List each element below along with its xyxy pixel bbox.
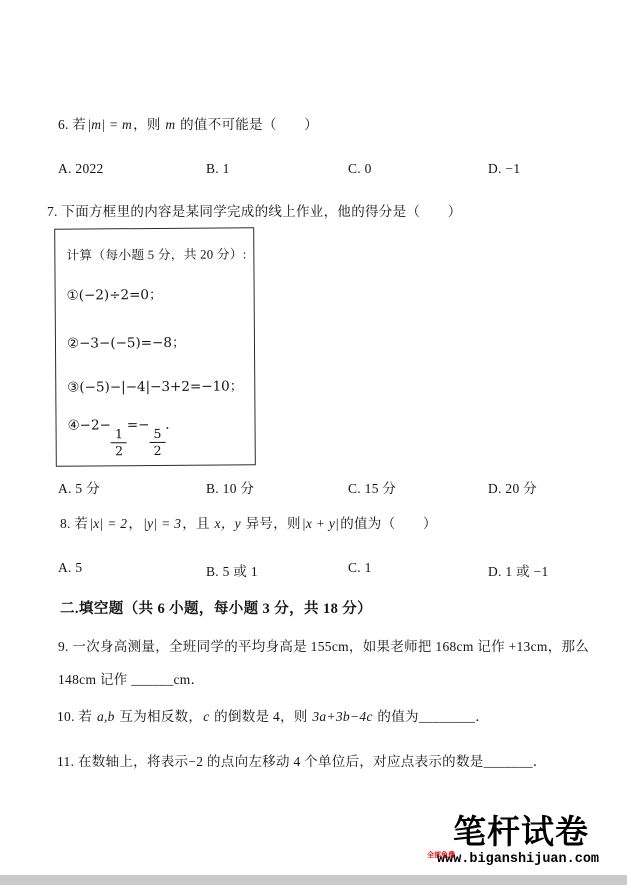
q7-option-a: A. 5 分 bbox=[58, 477, 206, 497]
fraction-one-half: 12 bbox=[111, 427, 127, 458]
question-6-options: A. 2022 B. 1 C. 0 D. −1 bbox=[58, 161, 603, 177]
q8-option-d: D. 1 或 −1 bbox=[488, 560, 603, 580]
q8-text-6: 异号，则 bbox=[242, 516, 301, 531]
q10-text-0: 10. 若 bbox=[57, 709, 96, 724]
q6-text-2: ，则 bbox=[133, 117, 164, 132]
q7-option-b: B. 10 分 bbox=[206, 477, 348, 497]
calc-line-4: ④−2−12=−52． bbox=[67, 413, 179, 458]
q10-text-6: 的值为________． bbox=[374, 709, 489, 724]
q10-math-1: a,b bbox=[96, 709, 116, 724]
section-2-title: 二.填空题（共 6 小题，每小题 3 分，共 18 分） bbox=[60, 597, 372, 618]
q7-option-d: D. 20 分 bbox=[488, 477, 603, 497]
question-7-stem: 7. 下面方框里的内容是某同学完成的线上作业，他的得分是（ ） bbox=[47, 200, 462, 220]
q10-text-2: 互为相反数， bbox=[116, 709, 202, 724]
q6-option-b: B. 1 bbox=[206, 161, 348, 177]
calc-line-3: ③(−5)−|−4|−3+2=−10； bbox=[67, 374, 243, 395]
q10-math-3: c bbox=[202, 709, 210, 724]
question-9-line-2: 148cm 记作 ______cm． bbox=[58, 668, 204, 688]
calc-line-4-post: ． bbox=[165, 417, 179, 433]
watermark-block: 笔杆试卷 全部免费 www.biganshijuan.com bbox=[433, 815, 623, 867]
exam-paper-page: 6. 若|m| = m，则 m 的值不可能是（ ） A. 2022 B. 1 C… bbox=[0, 0, 627, 885]
q10-text-4: 的倒数是 4，则 bbox=[211, 709, 312, 724]
calc-box-title: 计算（每小题 5 分，共 20 分）: bbox=[66, 243, 246, 263]
q8-text-8: 的值为（ ） bbox=[340, 516, 437, 531]
q8-option-a: A. 5 bbox=[58, 560, 206, 580]
fraction-denominator: 2 bbox=[150, 442, 166, 458]
q6-text-0: 6. 若 bbox=[58, 117, 86, 132]
question-10-stem: 10. 若 a,b 互为相反数，c 的倒数是 4，则 3a+3b−4c 的值为_… bbox=[57, 705, 489, 725]
question-11-stem: 11. 在数轴上，将表示−2 的点向左移动 4 个单位后，对应点表示的数是___… bbox=[57, 750, 547, 770]
watermark-brand: 笔杆试卷 bbox=[453, 815, 623, 851]
fraction-numerator: 1 bbox=[111, 427, 127, 442]
question-7-options: A. 5 分 B. 10 分 C. 15 分 D. 20 分 bbox=[58, 477, 603, 497]
watermark-url-row: 全部免费 www.biganshijuan.com bbox=[433, 849, 623, 867]
q8-math-1: |x| = 2 bbox=[88, 516, 128, 531]
q8-text-4: ，且 bbox=[182, 516, 213, 531]
question-8-stem: 8. 若|x| = 2，|y| = 3，且 x，y 异号，则|x + y|的值为… bbox=[60, 512, 437, 532]
q6-math-3: m bbox=[164, 117, 176, 132]
question-8-options: A. 5 B. 5 或 1 C. 1 D. 1 或 −1 bbox=[58, 560, 603, 580]
q8-option-c: C. 1 bbox=[348, 560, 488, 580]
calc-line-2: ②−3−(−5)=−8； bbox=[67, 331, 186, 352]
calc-line-4-pre: ④−2− bbox=[67, 417, 110, 433]
q8-math-3: |y| = 3 bbox=[142, 516, 182, 531]
q6-math-1: |m| = m bbox=[86, 117, 133, 132]
calc-box: 计算（每小题 5 分，共 20 分）: ①(−2)÷2=0； ②−3−(−5)=… bbox=[54, 227, 256, 466]
question-9-line-1: 9. 一次身高测量，全班同学的平均身高是 155cm，如果老师把 168cm 记… bbox=[58, 635, 589, 655]
q8-option-b: B. 5 或 1 bbox=[206, 560, 348, 580]
q6-option-a: A. 2022 bbox=[58, 161, 206, 177]
q6-text-4: 的值不可能是（ ） bbox=[176, 117, 318, 132]
watermark-url: www.biganshijuan.com bbox=[433, 852, 599, 867]
question-6-stem: 6. 若|m| = m，则 m 的值不可能是（ ） bbox=[58, 113, 318, 133]
page-bottom-gray-bar bbox=[0, 875, 627, 885]
calc-line-4-mid: =− bbox=[127, 417, 150, 433]
q6-option-d: D. −1 bbox=[488, 161, 603, 177]
calc-line-1: ①(−2)÷2=0； bbox=[67, 283, 163, 304]
q8-math-5: x，y bbox=[214, 516, 242, 531]
q8-math-7: |x + y| bbox=[301, 516, 340, 531]
q7-option-c: C. 15 分 bbox=[348, 477, 488, 497]
q8-text-2: ， bbox=[128, 516, 142, 531]
q7-text: 7. 下面方框里的内容是某同学完成的线上作业，他的得分是（ ） bbox=[47, 204, 462, 219]
fraction-numerator: 5 bbox=[149, 427, 165, 442]
fraction-five-halves: 52 bbox=[149, 427, 165, 458]
q10-math-5: 3a+3b−4c bbox=[311, 709, 373, 724]
q8-text-0: 8. 若 bbox=[60, 516, 88, 531]
q6-option-c: C. 0 bbox=[348, 161, 488, 177]
fraction-denominator: 2 bbox=[111, 442, 127, 458]
watermark-free-label: 全部免费 bbox=[427, 852, 455, 859]
